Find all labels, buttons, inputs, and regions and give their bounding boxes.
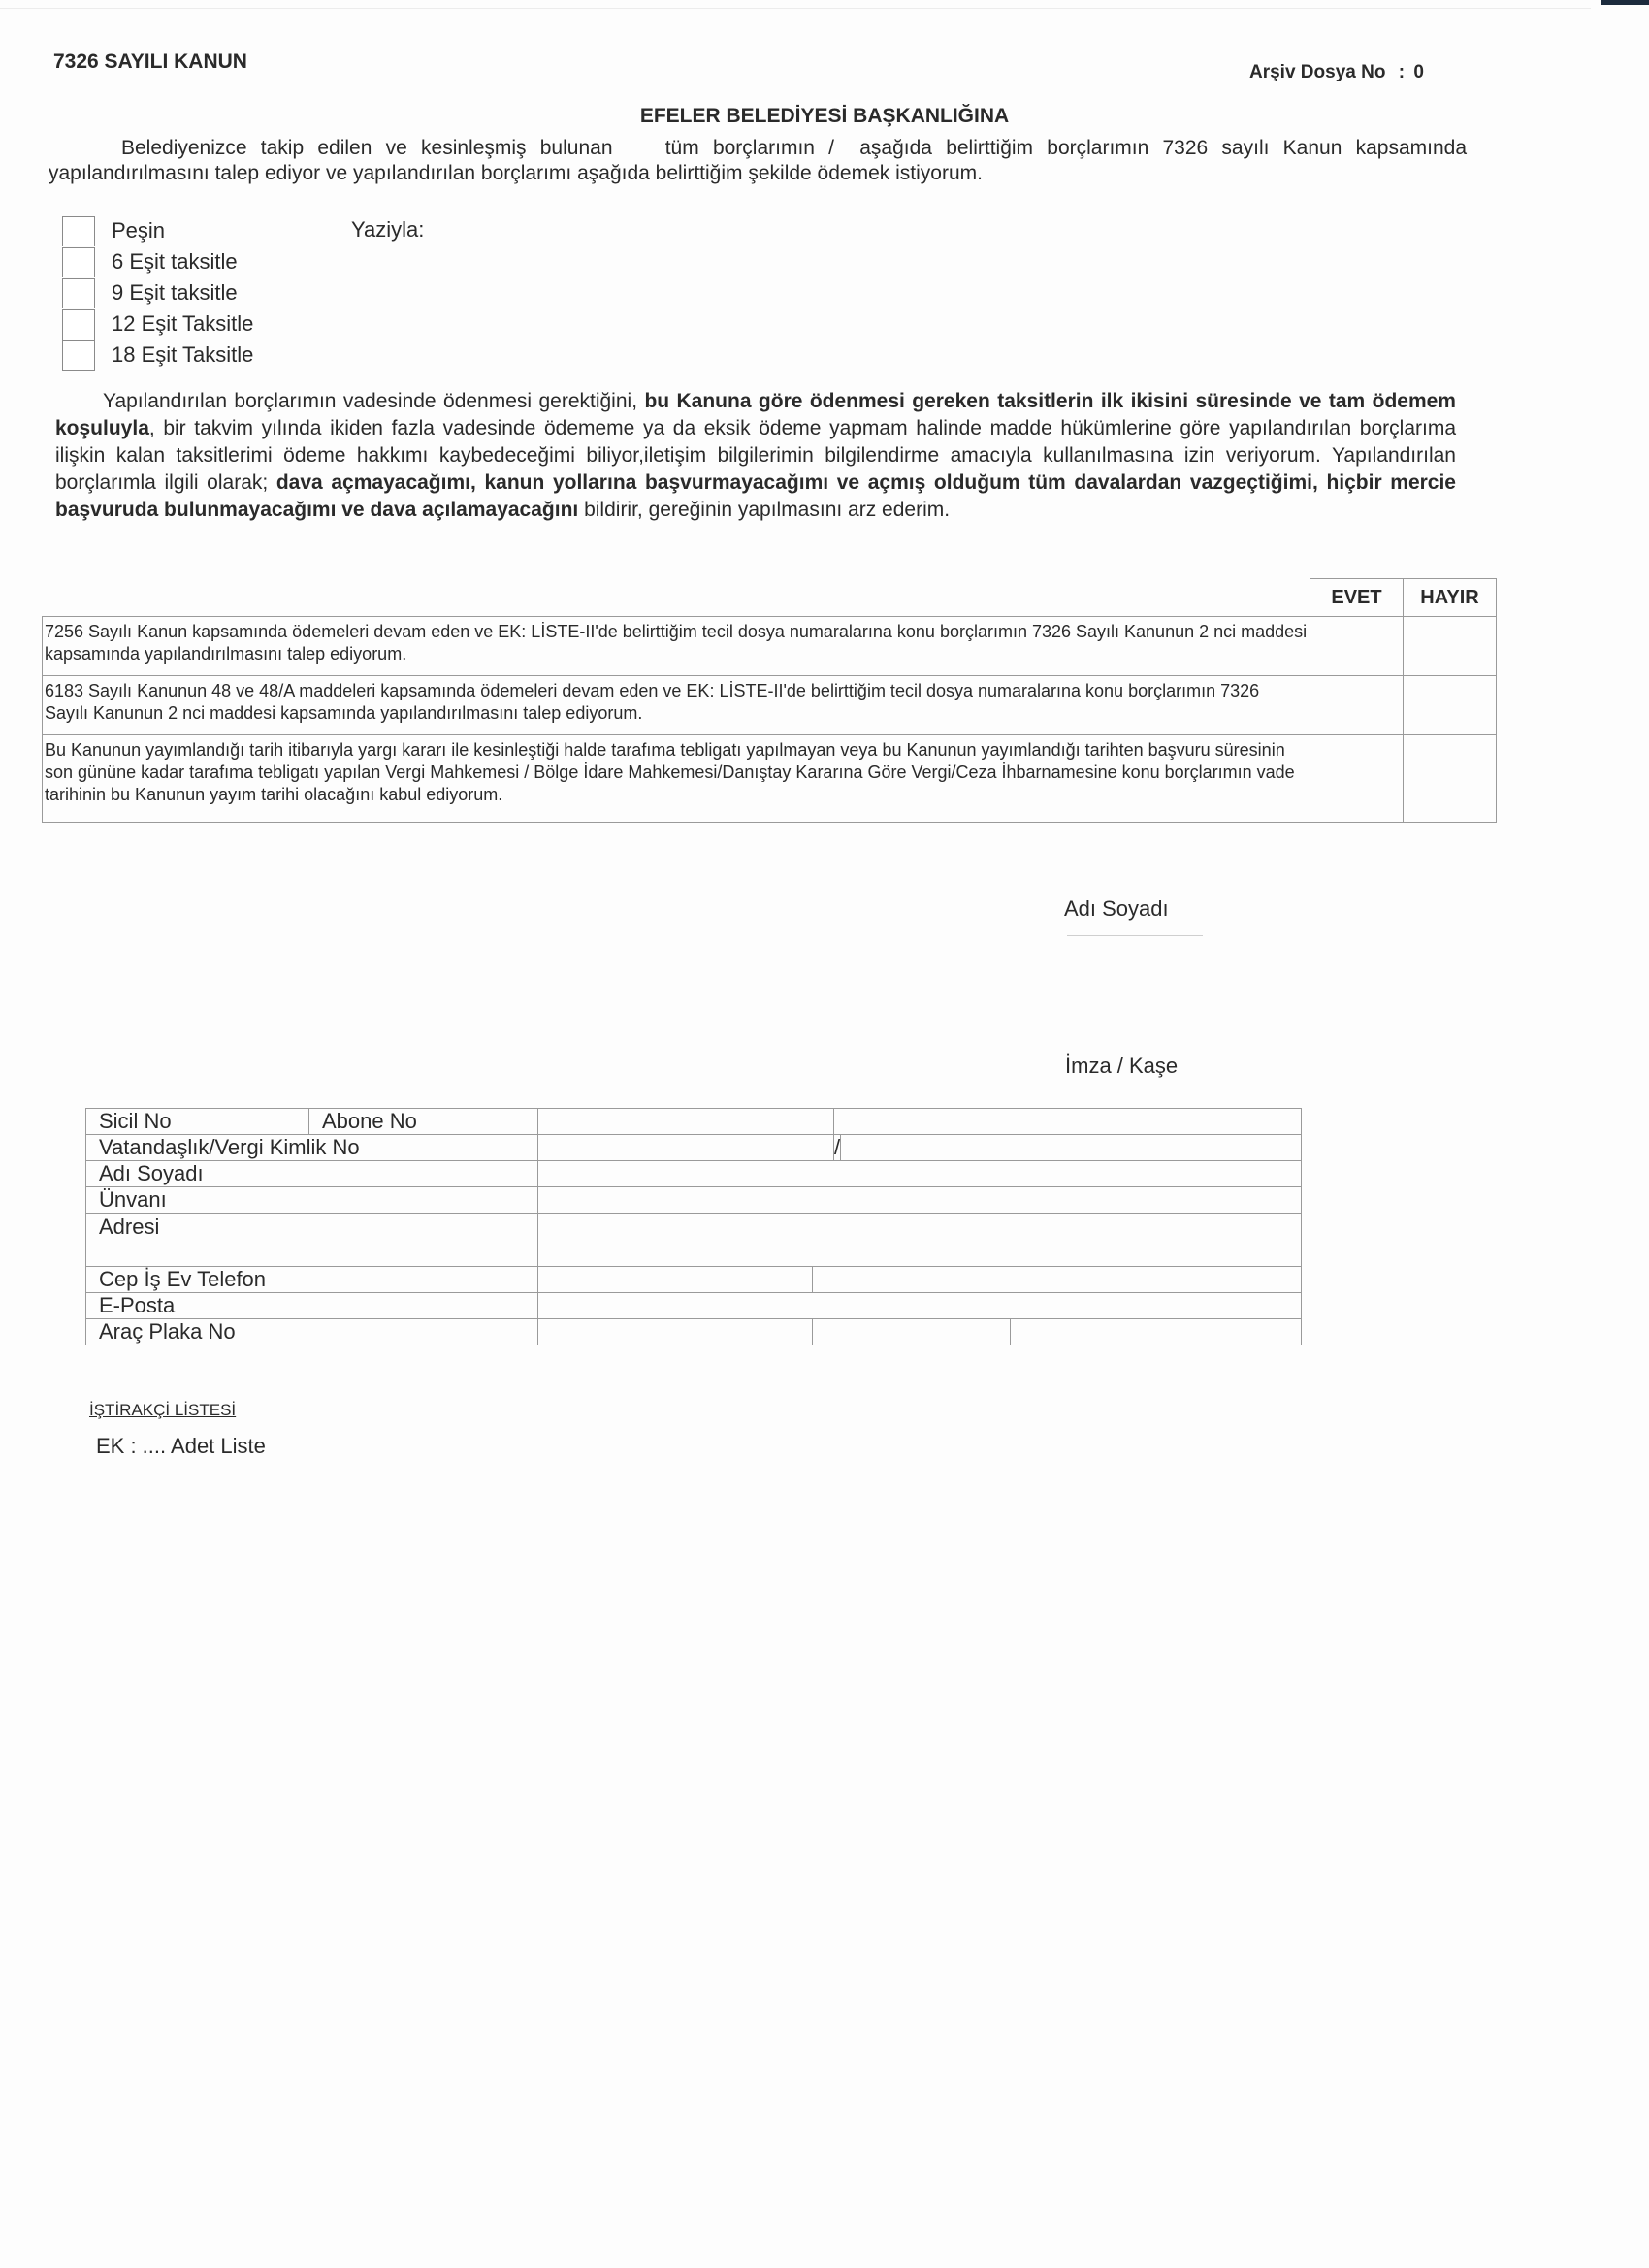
hayir-cell[interactable] — [1404, 617, 1497, 676]
sicil-abone-field[interactable] — [538, 1109, 834, 1135]
archive-label: Arşiv Dosya No — [1249, 62, 1385, 82]
name-label: Adı Soyadı — [86, 1161, 538, 1187]
title-field[interactable] — [538, 1187, 1302, 1214]
declaration-paragraph: Yapılandırılan borçlarımın vadesinde öde… — [55, 388, 1456, 524]
attachment-count: EK : .... Adet Liste — [96, 1434, 266, 1459]
name-field[interactable] — [538, 1161, 1302, 1187]
payment-option-checkbox[interactable] — [62, 247, 95, 277]
intro-option-all-debts: tüm borçlarımın / — [665, 137, 834, 159]
consent-statement: 6183 Sayılı Kanunun 48 ve 48/A maddeleri… — [43, 676, 1310, 735]
sicil-label: Sicil No — [86, 1109, 309, 1135]
abone-field[interactable] — [834, 1109, 1302, 1135]
consent-header-row: EVET HAYIR — [43, 579, 1497, 617]
consent-table: EVET HAYIR 7256 Sayılı Kanun kapsamında … — [42, 578, 1497, 823]
applicant-info-table: Sicil No Abone No Vatandaşlık/Vergi Kiml… — [85, 1108, 1302, 1345]
scan-edge-mark — [1600, 0, 1649, 5]
tc-field[interactable] — [538, 1135, 834, 1161]
intro-part-1: Belediyenizce takip edilen ve kesinleşmi… — [121, 137, 613, 159]
payment-option-checkbox[interactable] — [62, 278, 95, 308]
tc-separator: / — [834, 1135, 841, 1161]
header-hayir: HAYIR — [1404, 579, 1497, 617]
phone-field-1[interactable] — [538, 1267, 813, 1293]
address-field[interactable] — [538, 1214, 1302, 1267]
plate-field-3[interactable] — [1011, 1319, 1302, 1345]
phone-field-2[interactable] — [813, 1267, 1302, 1293]
table-row: 6183 Sayılı Kanunun 48 ve 48/A maddeleri… — [43, 676, 1497, 735]
evet-cell[interactable] — [1310, 735, 1404, 823]
payment-option-label: 6 Eşit taksitle — [112, 249, 238, 275]
payment-option-label: Peşin — [112, 218, 165, 243]
table-row: Adı Soyadı — [86, 1161, 1302, 1187]
attachment-title: İŞTİRAKÇİ LİSTESİ — [89, 1401, 236, 1420]
signature-stamp-label: İmza / Kaşe — [1065, 1053, 1178, 1079]
hayir-cell[interactable] — [1404, 735, 1497, 823]
signature-name-line — [1067, 935, 1203, 936]
table-row: Araç Plaka No — [86, 1319, 1302, 1345]
table-row: Vatandaşlık/Vergi Kimlik No / — [86, 1135, 1302, 1161]
payment-option-checkbox[interactable] — [62, 216, 95, 246]
payment-option-label: 9 Eşit taksitle — [112, 280, 238, 306]
payment-options-list: Peşin 6 Eşit taksitle 9 Eşit taksitle 12… — [62, 215, 253, 371]
vkn-field[interactable] — [841, 1135, 1302, 1161]
title-label: Ünvanı — [86, 1187, 538, 1214]
archive-separator: : — [1399, 62, 1405, 82]
consent-header-blank — [43, 579, 1310, 617]
phone-label: Cep İş Ev Telefon — [86, 1267, 538, 1293]
payment-option-6: 6 Eşit taksitle — [62, 246, 253, 277]
addressee-heading: EFELER BELEDİYESİ BAŞKANLIĞINA — [0, 105, 1649, 128]
table-row: Bu Kanunun yayımlandığı tarih itibarıyla… — [43, 735, 1497, 823]
table-row: Ünvanı — [86, 1187, 1302, 1214]
archive-file-number: Arşiv Dosya No : 0 — [1249, 62, 1424, 83]
consent-statement: Bu Kanunun yayımlandığı tarih itibarıyla… — [43, 735, 1310, 823]
signature-name-label: Adı Soyadı — [1064, 896, 1169, 922]
plate-label: Araç Plaka No — [86, 1319, 538, 1345]
scan-artifact-line — [0, 8, 1591, 9]
abone-label: Abone No — [309, 1109, 538, 1135]
hayir-cell[interactable] — [1404, 676, 1497, 735]
evet-cell[interactable] — [1310, 617, 1404, 676]
header-evet: EVET — [1310, 579, 1404, 617]
plate-field-1[interactable] — [538, 1319, 813, 1345]
payment-option-checkbox[interactable] — [62, 340, 95, 371]
evet-cell[interactable] — [1310, 676, 1404, 735]
plate-field-2[interactable] — [813, 1319, 1011, 1345]
archive-value: 0 — [1413, 62, 1424, 82]
address-label: Adresi — [86, 1214, 538, 1267]
amount-in-words-label: Yaziyla: — [351, 217, 424, 243]
table-row: Sicil No Abone No — [86, 1109, 1302, 1135]
payment-option-12: 12 Eşit Taksitle — [62, 308, 253, 340]
consent-statement: 7256 Sayılı Kanun kapsamında ödemeleri d… — [43, 617, 1310, 676]
table-row: E-Posta — [86, 1293, 1302, 1319]
law-title: 7326 SAYILI KANUN — [53, 50, 247, 74]
table-row: Adresi — [86, 1214, 1302, 1267]
payment-option-label: 18 Eşit Taksitle — [112, 342, 253, 368]
table-row: 7256 Sayılı Kanun kapsamında ödemeleri d… — [43, 617, 1497, 676]
intro-paragraph: Belediyenizce takip edilen ve kesinleşmi… — [48, 136, 1467, 186]
payment-option-18: 18 Eşit Taksitle — [62, 340, 253, 371]
payment-option-label: 12 Eşit Taksitle — [112, 311, 253, 337]
payment-option-checkbox[interactable] — [62, 309, 95, 340]
payment-option-pesin: Peşin — [62, 215, 253, 246]
payment-option-9: 9 Eşit taksitle — [62, 277, 253, 308]
email-field[interactable] — [538, 1293, 1302, 1319]
email-label: E-Posta — [86, 1293, 538, 1319]
declaration-text: Yapılandırılan borçlarımın vadesinde öde… — [103, 390, 644, 412]
table-row: Cep İş Ev Telefon — [86, 1267, 1302, 1293]
declaration-text: bildirir, gereğinin yapılmasını arz eder… — [578, 499, 950, 521]
tc-label: Vatandaşlık/Vergi Kimlik No — [86, 1135, 538, 1161]
